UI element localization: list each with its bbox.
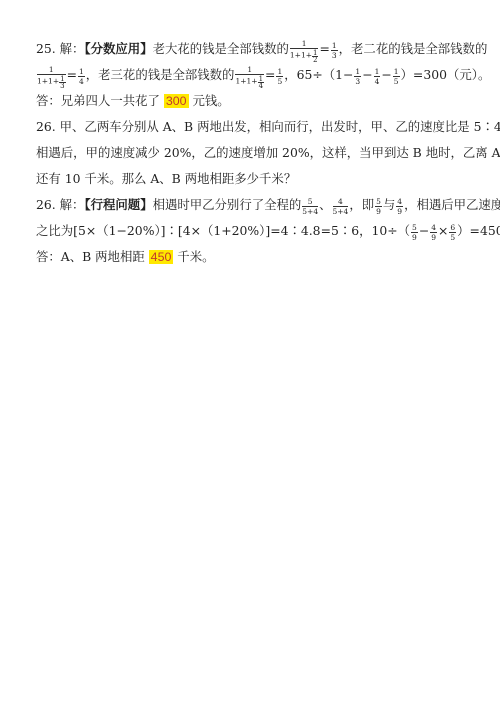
numerator: 1 <box>290 39 319 49</box>
numerator: 1 <box>276 67 283 77</box>
den-text: 1+1+ <box>37 77 59 86</box>
q26-problem-line-1: 26. 甲、乙两车分别从 A、B 两地出发，相向而行，出发时，甲、乙的速度比是 … <box>36 114 466 140</box>
equals: = <box>67 67 77 82</box>
fraction: 11+1+14 <box>235 65 264 88</box>
denominator: 3 <box>354 77 361 86</box>
numerator: 5 <box>411 223 418 233</box>
numerator: 6 <box>449 223 456 233</box>
answer-text: 答：兄弟四人一共花了 <box>36 93 164 108</box>
fraction: 14 <box>78 67 85 86</box>
denominator: 9 <box>411 233 418 242</box>
text: 相遇时甲乙分别行了全程的 <box>153 197 302 212</box>
fraction: 13 <box>331 41 338 60</box>
fraction: 13 <box>354 67 361 86</box>
equals: = <box>265 67 275 82</box>
numerator: 4 <box>333 197 349 207</box>
denominator: 1+1+13 <box>37 75 66 88</box>
denominator: 3 <box>331 51 338 60</box>
denominator: 4 <box>78 77 85 86</box>
numerator: 1 <box>374 67 381 77</box>
minus: − <box>381 67 391 82</box>
numerator: 1 <box>354 67 361 77</box>
q26-solution-line-1: 26. 解：【行程问题】相遇时甲乙分别行了全程的55+4、45+4，即59与49… <box>36 192 466 218</box>
numerator: 1 <box>393 67 400 77</box>
denominator: 9 <box>430 233 437 242</box>
q26-answer: 答：A、B 两地相距 450 千米。 <box>36 244 466 270</box>
text: ，老三花的钱是全部钱数的 <box>86 67 235 82</box>
denominator: 4 <box>374 77 381 86</box>
text: 之比为[5×（1−20%）]∶[4×（1+20%）]=4∶4.8=5∶6，10÷… <box>36 223 410 238</box>
answer-text: 元钱。 <box>189 93 230 108</box>
minus: − <box>362 67 372 82</box>
fraction: 15 <box>393 67 400 86</box>
q25-answer: 答：兄弟四人一共花了 300 元钱。 <box>36 88 466 114</box>
den-text: 1+1+ <box>235 77 257 86</box>
answer-text: 答：A、B 两地相距 <box>36 249 149 264</box>
denominator: 1+1+12 <box>290 49 319 62</box>
numerator: 4 <box>430 223 437 233</box>
numerator: 1 <box>235 65 264 75</box>
den-text: 1+1+ <box>290 51 312 60</box>
fraction: 14 <box>374 67 381 86</box>
text: 、 <box>319 197 331 212</box>
denominator: 5 <box>393 77 400 86</box>
denominator: 9 <box>375 207 382 216</box>
fraction: 45+4 <box>333 197 349 216</box>
fraction: 55+4 <box>302 197 318 216</box>
denominator: 1+1+14 <box>235 75 264 88</box>
fraction: 15 <box>276 67 283 86</box>
text: ，65÷（1− <box>284 67 353 82</box>
answer-highlight: 450 <box>149 250 174 264</box>
text: 与 <box>383 197 395 212</box>
text: 老大花的钱是全部钱数的 <box>153 41 289 56</box>
numerator: 1 <box>331 41 338 51</box>
equals: = <box>319 41 329 56</box>
q25-solution-line-1: 25. 解：【分数应用】老大花的钱是全部钱数的11+1+12=13，老二花的钱是… <box>36 36 466 62</box>
text: ，相遇后甲乙速度 <box>404 197 500 212</box>
numerator: 4 <box>396 197 403 207</box>
fraction: 49 <box>396 197 403 216</box>
q25-number: 25. 解： <box>36 41 84 56</box>
q26-solution-line-2: 之比为[5×（1−20%）]∶[4×（1+20%）]=4∶4.8=5∶6，10÷… <box>36 218 466 244</box>
q26-number: 26. 解： <box>36 197 84 212</box>
q25-topic-tag: 【分数应用】 <box>84 41 152 56</box>
fraction: 59 <box>375 197 382 216</box>
q26-topic-tag: 【行程问题】 <box>84 197 152 212</box>
q25-solution-line-2: 11+1+13=14，老三花的钱是全部钱数的11+1+14=15，65÷（1−1… <box>36 62 466 88</box>
answer-text: 千米。 <box>173 249 214 264</box>
numerator: 1 <box>37 65 66 75</box>
denominator: 5 <box>276 77 283 86</box>
denominator: 5+4 <box>333 207 349 216</box>
text: ）=450（千米）。 <box>457 223 500 238</box>
denominator: 9 <box>396 207 403 216</box>
text: ）=300（元）。 <box>401 67 491 82</box>
fraction: 49 <box>430 223 437 242</box>
text: ，老二花的钱是全部钱数的 <box>339 41 488 56</box>
numerator: 5 <box>302 197 318 207</box>
answer-highlight: 300 <box>164 94 189 108</box>
text: ，即 <box>349 197 374 212</box>
fraction: 65 <box>449 223 456 242</box>
fraction: 59 <box>411 223 418 242</box>
minus: − <box>419 223 429 238</box>
q26-problem-line-2: 相遇后，甲的速度减少 20%，乙的速度增加 20%，这样，当甲到达 B 地时，乙… <box>36 140 466 166</box>
numerator: 1 <box>78 67 85 77</box>
times: × <box>438 223 448 238</box>
numerator: 5 <box>375 197 382 207</box>
q26-problem-line-3: 还有 10 千米。那么 A、B 两地相距多少千米？ <box>36 166 466 192</box>
denominator: 5 <box>449 233 456 242</box>
fraction: 11+1+12 <box>290 39 319 62</box>
fraction: 11+1+13 <box>37 65 66 88</box>
denominator: 5+4 <box>302 207 318 216</box>
document-page: 25. 解：【分数应用】老大花的钱是全部钱数的11+1+12=13，老二花的钱是… <box>36 36 466 270</box>
